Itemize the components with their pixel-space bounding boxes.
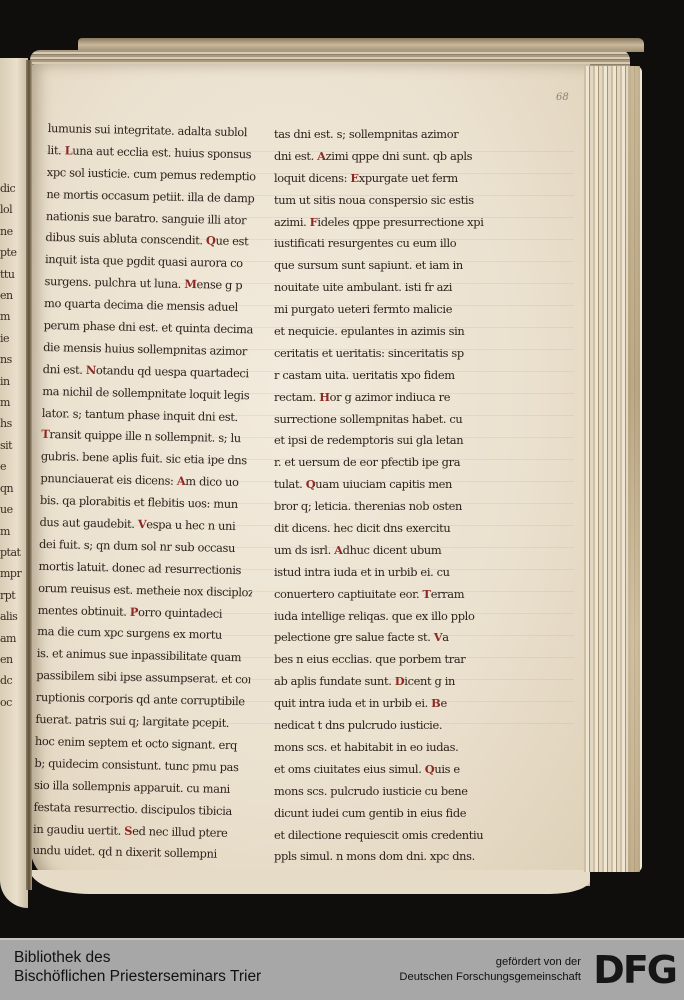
rubricated-initial: Q — [206, 234, 216, 248]
verso-fragment: lol — [0, 199, 26, 220]
verso-fragment: ptat — [0, 542, 26, 563]
rubricated-initial: D — [395, 674, 405, 688]
text-line: ab aplis fundate sunt. Dicent g in — [274, 671, 484, 693]
rubricated-initial: Q — [425, 762, 435, 776]
library-name: Bibliothek des Bischöflichen Priestersem… — [14, 948, 261, 986]
text-line: bror q; leticia. therenias nob osten — [274, 496, 484, 518]
verso-fragment: rpt — [0, 585, 26, 606]
recto-page-bottom-edge — [30, 870, 590, 894]
text-line: et ipsi de redemptoris sui gla letan — [274, 430, 484, 452]
rubricated-initial: A — [177, 474, 186, 488]
text-line: dni est. Azimi qppe dni sunt. qb apls — [274, 146, 484, 168]
text-line: um ds isrl. Adhuc dicent ubum — [274, 540, 484, 562]
text-line: azimi. Fideles qppe presurrectione xpi — [274, 212, 484, 234]
footer-banner: Bibliothek des Bischöflichen Priestersem… — [0, 938, 684, 1000]
verso-fragment: ttu — [0, 264, 26, 285]
text-line: surrectione sollempnitas habet. cu — [274, 409, 484, 431]
verso-fragment: pte — [0, 242, 26, 263]
verso-fragment: e — [0, 456, 26, 477]
text-line: dit dicens. hec dicit dns exercitu — [274, 518, 484, 540]
funding-note: gefördert von der Deutschen Forschungsge… — [399, 955, 581, 985]
text-column-right: tas dni est. s; sollempnitas azimordni e… — [274, 124, 484, 868]
text-line: tum ut sitis noua conspersio sic estis — [274, 190, 484, 212]
rubricated-initial: B — [431, 696, 440, 710]
rubricated-initial: V — [434, 630, 443, 644]
text-line: ppls simul. n mons dom dni. xpc dns. — [274, 846, 484, 868]
verso-text-fragments: diclolneptettuenmiensinmhssiteqnuemptatm… — [0, 178, 26, 713]
funding-line2: Deutschen Forschungsgemeinschaft — [399, 970, 581, 985]
verso-fragment: in — [0, 371, 26, 392]
text-line: que sursum sunt sapiunt. et iam in — [274, 255, 484, 277]
rubricated-initial: M — [184, 277, 197, 291]
rubricated-initial: L — [65, 143, 73, 157]
verso-fragment: ne — [0, 221, 26, 242]
verso-fragment: alis — [0, 606, 26, 627]
rubricated-initial: H — [319, 390, 329, 404]
dfg-logo: DFG — [593, 950, 676, 990]
library-name-line1: Bibliothek des — [14, 948, 261, 967]
verso-fragment: dc — [0, 670, 26, 691]
verso-fragment: m — [0, 521, 26, 542]
manuscript-viewer: diclolneptettuenmiensinmhssiteqnuemptatm… — [0, 0, 684, 938]
rubricated-initial: A — [317, 149, 326, 163]
verso-fragment: hs — [0, 413, 26, 434]
verso-fragment: ue — [0, 499, 26, 520]
verso-fragment: oc — [0, 692, 26, 713]
text-line: et nequicie. epulantes in azimis sin — [274, 321, 484, 343]
book-gutter — [26, 60, 32, 890]
verso-fragment: ie — [0, 328, 26, 349]
rubricated-initial: F — [310, 215, 318, 229]
verso-fragment: am — [0, 628, 26, 649]
rubricated-initial: T — [423, 587, 431, 601]
text-line: undu uidet. qd n dixerit sollempni — [32, 840, 246, 866]
verso-fragment: en — [0, 649, 26, 670]
text-line: quit intra iuda et in urbib ei. Be — [274, 693, 484, 715]
text-line: iustificati resurgentes cu eum illo — [274, 233, 484, 255]
text-line: et oms ciuitates eius simul. Quis e — [274, 759, 484, 781]
text-column-left: lumunis sui integritate. adalta sublolli… — [32, 118, 262, 867]
rubricated-initial: Q — [306, 477, 316, 491]
funding-line1: gefördert von der — [399, 955, 581, 970]
text-line: pelectione gre salue facte st. Va — [274, 627, 484, 649]
text-line: loquit dicens: Expurgate uet ferm — [274, 168, 484, 190]
rubricated-initial: S — [124, 823, 132, 837]
text-line: conuertero captiuitate eor. Terram — [274, 584, 484, 606]
text-line: tulat. Quam uiuciam capitis men — [274, 474, 484, 496]
text-line: dicunt iudei cum gentib in eius fide — [274, 803, 484, 825]
rubricated-initial: A — [334, 543, 343, 557]
folio-number: 68 — [556, 92, 569, 103]
text-line: nouitate uite ambulant. isti fr azi — [274, 277, 484, 299]
verso-fragment: qn — [0, 478, 26, 499]
text-line: mi purgato ueteri fermto malicie — [274, 299, 484, 321]
verso-page: diclolneptettuenmiensinmhssiteqnuemptatm… — [0, 58, 28, 908]
library-name-line2: Bischöflichen Priesterseminars Trier — [14, 967, 261, 986]
verso-fragment: sit — [0, 435, 26, 456]
text-line: rectam. Hor g azimor indiuca re — [274, 387, 484, 409]
text-line: mons scs. pulcrudo iusticie cu bene — [274, 781, 484, 803]
verso-fragment: mpr — [0, 563, 26, 584]
text-line: mons scs. et habitabit in eo iudas. — [274, 737, 484, 759]
text-line: istud intra iuda et in urbib ei. cu — [274, 562, 484, 584]
verso-fragment: en — [0, 285, 26, 306]
text-line: ceritatis et ueritatis: sinceritatis sp — [274, 343, 484, 365]
text-line: r castam uita. ueritatis xpo fidem — [274, 365, 484, 387]
rubricated-initial: E — [350, 171, 358, 185]
rubricated-initial: T — [41, 427, 49, 441]
verso-fragment: m — [0, 392, 26, 413]
text-line: bes n eius ecclias. que porbem trar — [274, 649, 484, 671]
verso-fragment: m — [0, 306, 26, 327]
rubricated-initial: P — [130, 604, 139, 618]
verso-fragment: dic — [0, 178, 26, 199]
fore-edge-stain — [628, 66, 640, 872]
verso-fragment: ns — [0, 349, 26, 370]
text-line: tas dni est. s; sollempnitas azimor — [274, 124, 484, 146]
rubricated-initial: N — [86, 363, 96, 377]
text-line: iuda intellige reliqas. que ex illo pplo — [274, 606, 484, 628]
text-line: r. et uersum de eor pfectib ipe gra — [274, 452, 484, 474]
text-line: et dilectione requiescit omis credentiu — [274, 825, 484, 847]
rubricated-initial: V — [138, 517, 147, 531]
text-line: nedicat t dns pulcrudo iusticie. — [274, 715, 484, 737]
